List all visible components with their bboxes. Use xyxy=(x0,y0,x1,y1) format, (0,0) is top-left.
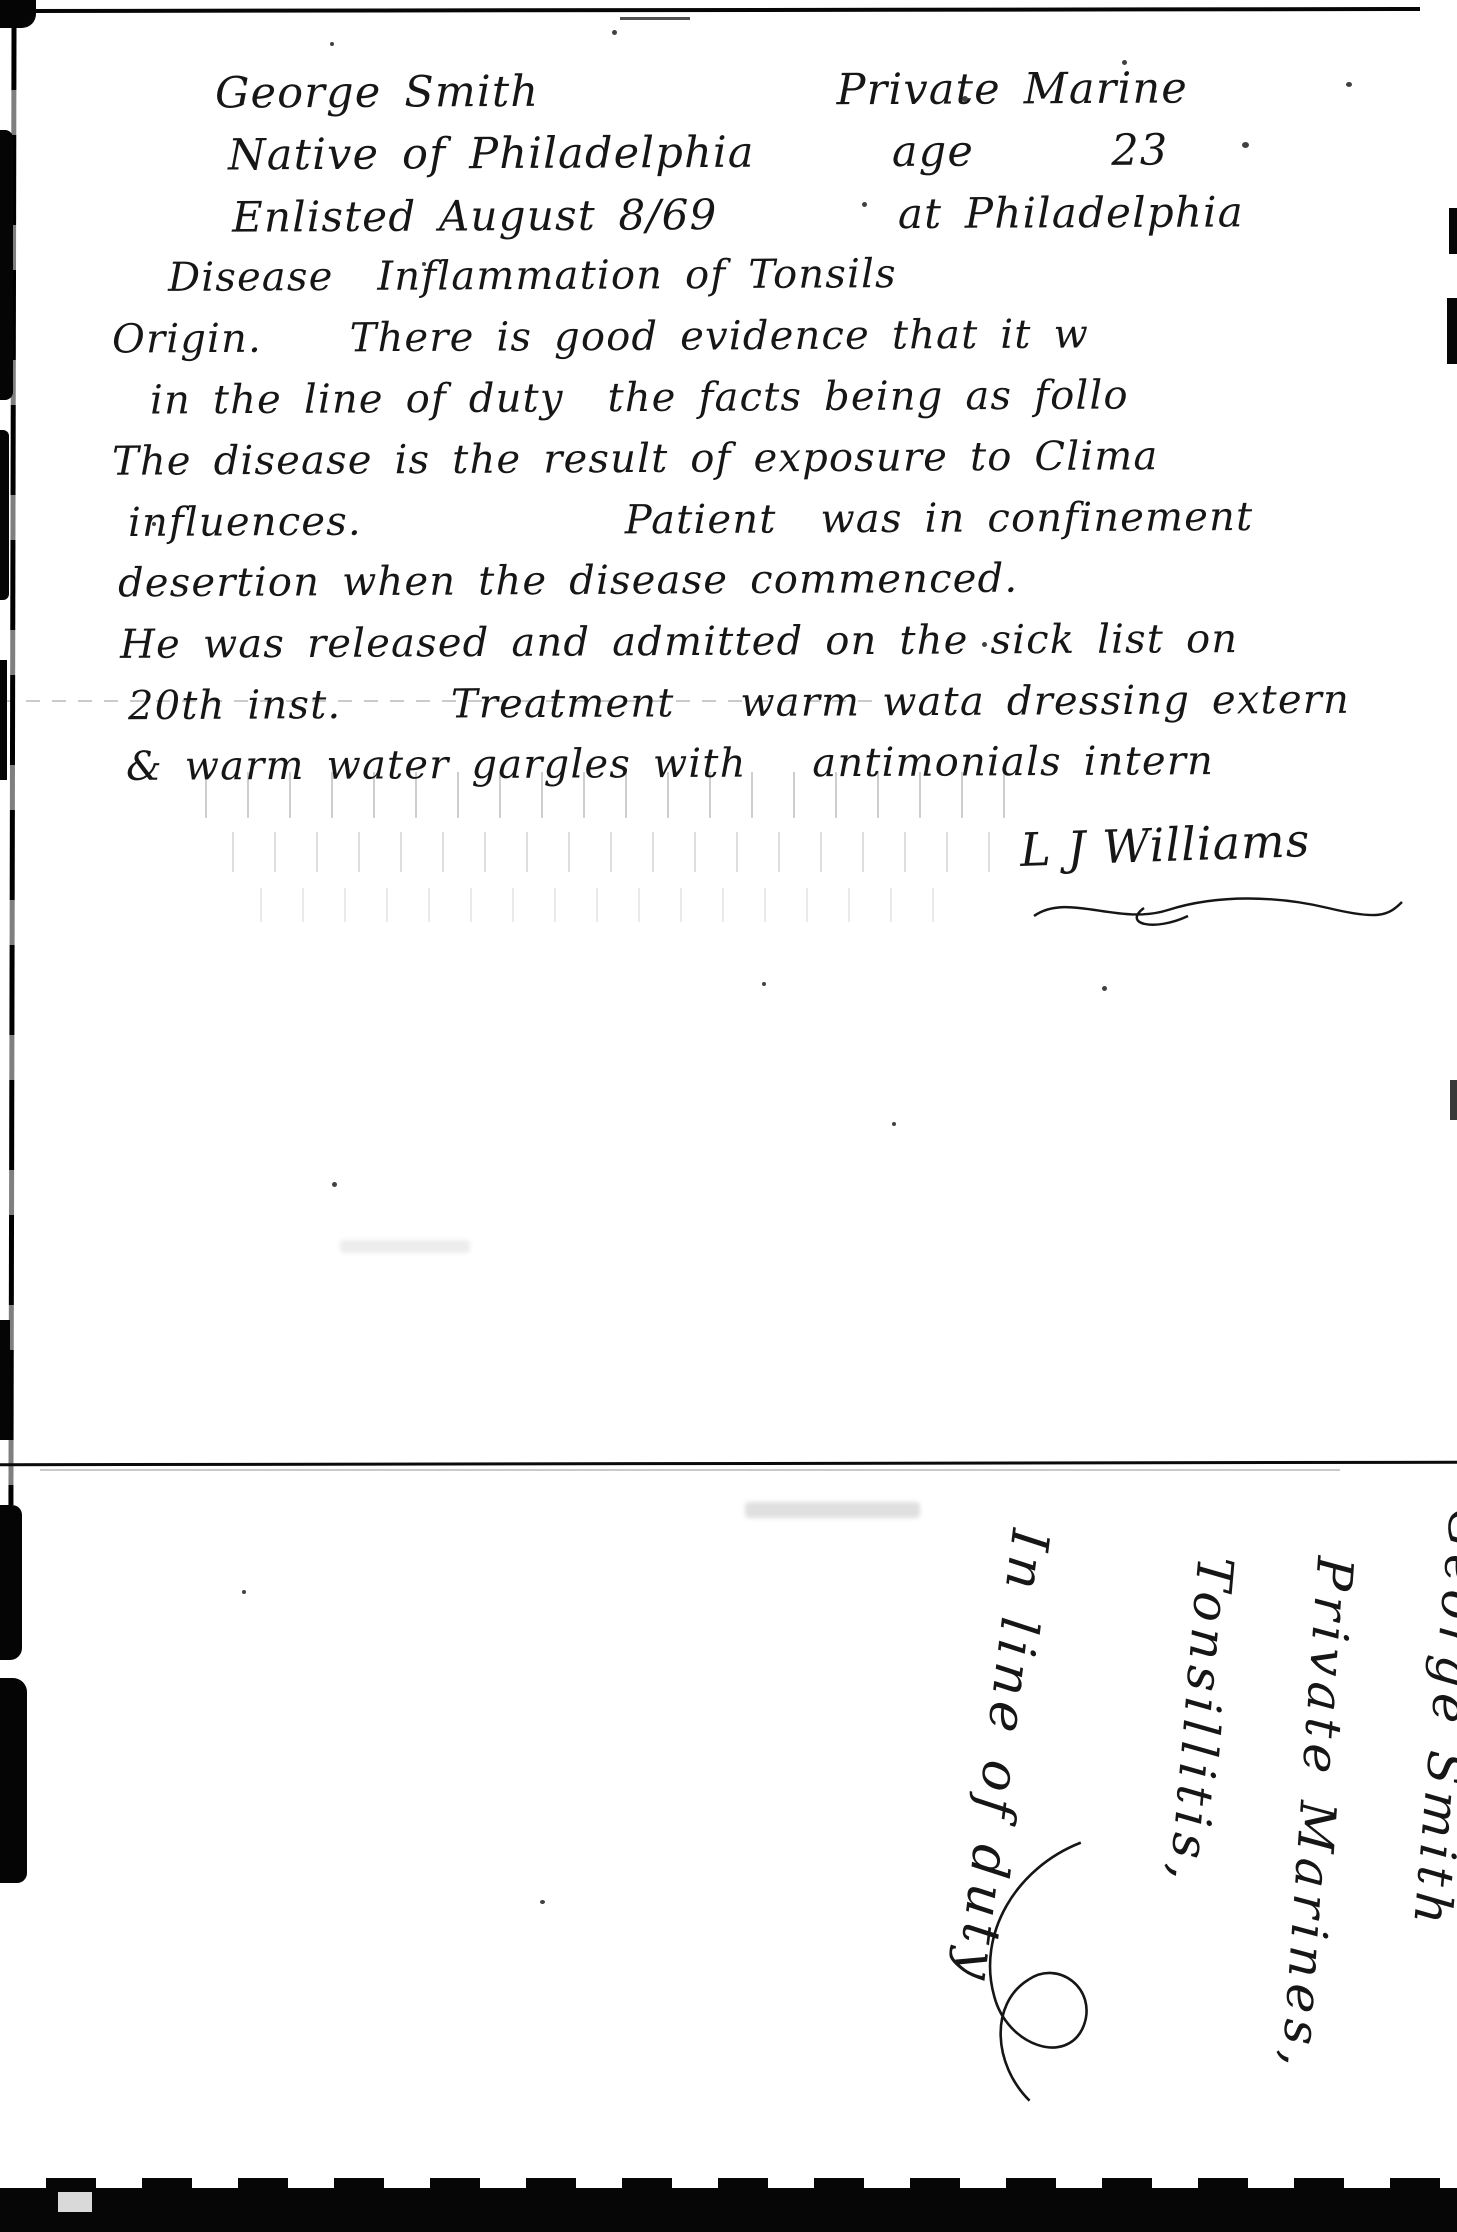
endorsement-name: George Smith xyxy=(1402,1506,1457,1932)
ink-speck xyxy=(892,1122,896,1126)
bleed-through-marks xyxy=(260,888,960,922)
scan-blotch xyxy=(0,430,9,600)
scan-blotch xyxy=(0,660,7,780)
record-line-disease: Disease Inflammation of Tonsils xyxy=(168,251,897,301)
faint-smudge xyxy=(745,1502,920,1518)
ink-speck xyxy=(422,262,426,266)
endorsement-diagnosis: Tonsillitis, xyxy=(1158,1554,1245,1889)
record-line: desertion when the disease commenced. xyxy=(118,556,1019,607)
ink-speck xyxy=(1242,142,1249,148)
record-line: The disease is the result of exposure to… xyxy=(112,433,1159,484)
scan-edge-bottom-gap xyxy=(58,2192,92,2212)
ink-speck xyxy=(612,30,617,35)
page-fold-line xyxy=(0,1461,1457,1467)
ink-speck xyxy=(152,522,156,526)
bleed-through-marks xyxy=(232,832,992,872)
record-line-native-age: Native of Philadelphia age 23 xyxy=(228,126,1169,181)
ink-speck xyxy=(962,96,968,102)
scanned-document-page: George Smith Private Marine Native of Ph… xyxy=(0,0,1457,2232)
examiner-signature: L J Williams xyxy=(1019,813,1311,877)
scan-edge-bottom xyxy=(0,2188,1457,2232)
ink-speck xyxy=(862,202,867,207)
record-line-origin: Origin. There is good evidence that it w xyxy=(112,311,1089,362)
signature-flourish xyxy=(1028,886,1408,936)
scan-edge-top xyxy=(30,7,1420,13)
scan-blotch xyxy=(0,1678,27,1883)
faint-dotted-rule xyxy=(0,700,880,702)
ink-speck xyxy=(1102,986,1107,991)
faint-smudge xyxy=(340,1240,470,1253)
ink-speck xyxy=(332,1182,337,1187)
scan-blotch xyxy=(0,0,36,28)
scan-edge-top-mark xyxy=(620,17,690,20)
bleed-through-marks xyxy=(205,772,1015,818)
record-line-enlisted: Enlisted August 8/69 at Philadelphia xyxy=(232,187,1244,241)
record-line: influences. Patient was in confinement xyxy=(128,494,1254,546)
scan-edge-right-mark xyxy=(1450,1080,1457,1120)
ink-speck xyxy=(540,1900,545,1904)
endorsement-rank: Private Marines, xyxy=(1270,1555,1364,2075)
page-fold-line-echo xyxy=(40,1469,1340,1471)
scan-blotch xyxy=(0,130,13,400)
scan-blotch xyxy=(0,1505,22,1660)
ink-speck xyxy=(1346,82,1352,87)
scan-edge-right-mark xyxy=(1447,298,1457,364)
ink-speck xyxy=(762,982,766,986)
ink-speck xyxy=(330,42,334,46)
record-line-treatment: 20th inst. Treatment warm wata dressing … xyxy=(128,677,1350,729)
scan-blotch xyxy=(0,1320,10,1440)
record-line: in the line of duty the facts being as f… xyxy=(150,372,1129,423)
record-line-name-rank: George Smith Private Marine xyxy=(215,63,1188,118)
ink-speck xyxy=(1122,60,1127,65)
endorsement-flourish xyxy=(931,1822,1130,2122)
ink-speck xyxy=(242,1590,246,1594)
scan-edge-right-mark xyxy=(1449,208,1457,254)
record-line: He was released and admitted on the sick… xyxy=(120,616,1239,668)
ink-speck xyxy=(982,642,987,647)
